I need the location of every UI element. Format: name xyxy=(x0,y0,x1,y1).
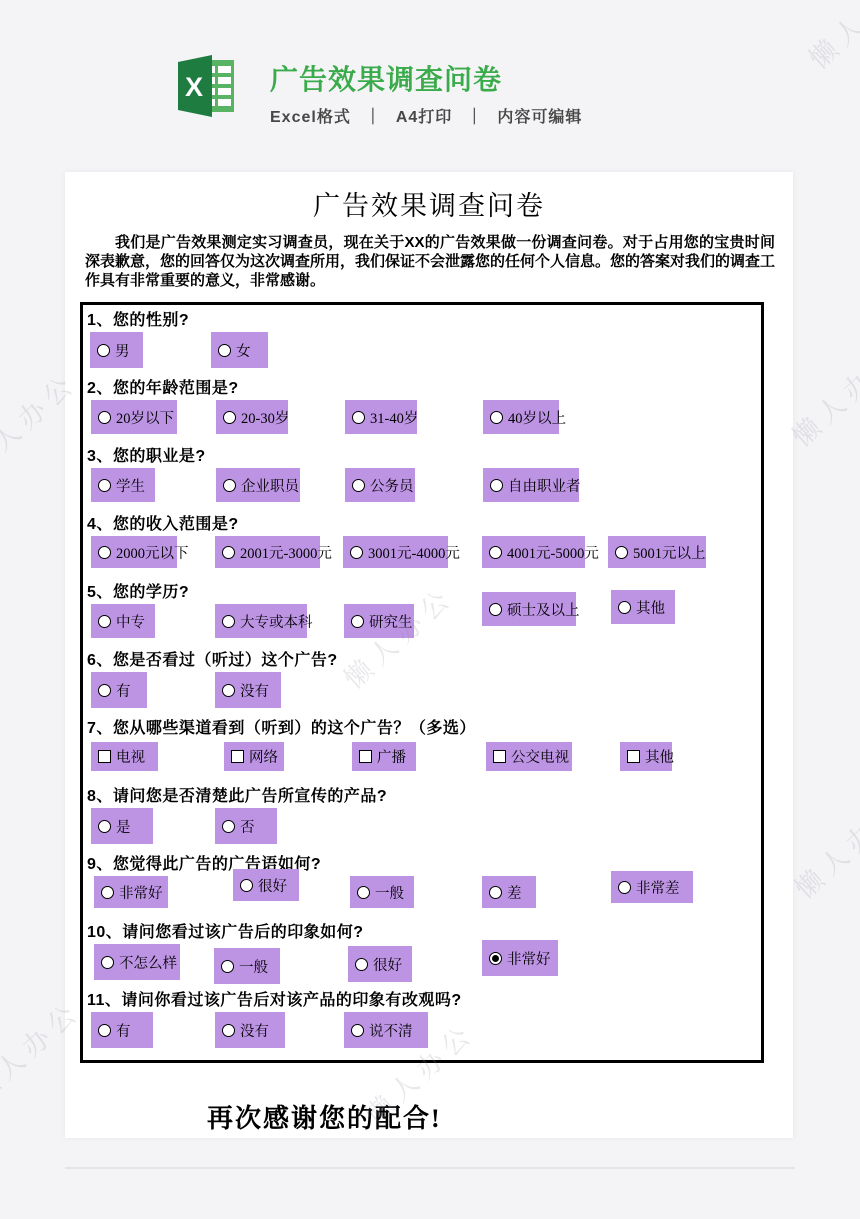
radio-icon xyxy=(357,886,370,899)
question-label: 7、您从哪些渠道看到（听到）的这个广告？（多选） xyxy=(83,714,761,738)
radio-icon xyxy=(223,479,236,492)
option-label: 学生 xyxy=(116,475,145,496)
option-label: 非常好 xyxy=(119,882,163,903)
radio-icon xyxy=(352,479,365,492)
radio-option[interactable]: 5001元以上 xyxy=(608,536,706,568)
radio-icon xyxy=(98,479,111,492)
option-label: 中专 xyxy=(116,611,145,632)
option-label: 其他 xyxy=(645,746,674,767)
question-6: 6、您是否看过（听过）这个广告? 有 没有 xyxy=(83,646,761,714)
watermark: 懒人办公 xyxy=(785,786,860,906)
option-label: 否 xyxy=(240,816,255,837)
question-label: 3、您的职业是? xyxy=(83,442,761,466)
radio-option[interactable]: 自由职业者 xyxy=(483,468,579,502)
radio-option[interactable]: 公务员 xyxy=(345,468,415,502)
question-1: 1、您的性别? 男 女 xyxy=(83,306,761,374)
radio-option[interactable]: 3001元-4000元 xyxy=(343,536,448,568)
site-title: 广告效果调查问卷 xyxy=(270,58,502,98)
checkbox-option[interactable]: 电视 xyxy=(91,742,158,771)
option-label: 公交电视 xyxy=(511,746,569,767)
radio-option[interactable]: 2001元-3000元 xyxy=(215,536,320,568)
radio-option[interactable]: 一般 xyxy=(214,948,280,984)
option-label: 公务员 xyxy=(370,475,414,496)
radio-option[interactable]: 31-40岁 xyxy=(345,400,417,434)
svg-text:X: X xyxy=(185,72,203,102)
option-label: 有 xyxy=(116,1020,131,1041)
question-label: 6、您是否看过（听过）这个广告? xyxy=(83,646,761,670)
radio-option[interactable]: 学生 xyxy=(91,468,155,502)
option-label: 非常好 xyxy=(507,948,551,969)
checkbox-option[interactable]: 广播 xyxy=(352,742,416,771)
option-label: 女 xyxy=(236,340,251,361)
radio-icon xyxy=(98,820,111,833)
question-8: 8、请问您是否清楚此广告所宣传的产品? 是 否 xyxy=(83,782,761,850)
subtitle-editable: 内容可编辑 xyxy=(497,109,582,126)
radio-icon xyxy=(615,546,628,559)
option-label: 其他 xyxy=(636,597,665,618)
radio-option[interactable]: 4001元-5000元 xyxy=(482,536,585,568)
radio-icon xyxy=(618,601,631,614)
checkbox-icon xyxy=(98,750,111,763)
checkbox-icon xyxy=(231,750,244,763)
option-label: 差 xyxy=(507,882,522,903)
option-label: 2000元以下 xyxy=(116,542,189,563)
question-label: 4、您的收入范围是? xyxy=(83,510,761,534)
radio-option[interactable]: 男 xyxy=(90,332,143,368)
radio-icon xyxy=(98,546,111,559)
option-label: 3001元-4000元 xyxy=(368,542,460,563)
option-label: 非常差 xyxy=(636,877,680,898)
radio-icon xyxy=(352,411,365,424)
checkbox-option[interactable]: 公交电视 xyxy=(486,742,572,771)
option-label: 说不清 xyxy=(369,1020,413,1041)
question-label: 10、请问您看过该广告后的印象如何? xyxy=(83,918,761,942)
radio-icon xyxy=(351,615,364,628)
radio-option[interactable]: 企业职员 xyxy=(216,468,300,502)
radio-icon xyxy=(223,411,236,424)
watermark: 懒人办公 xyxy=(782,334,860,454)
question-label: 11、请问你看过该广告后对该产品的印象有改观吗? xyxy=(83,986,761,1010)
option-label: 大专或本科 xyxy=(240,611,313,632)
radio-icon xyxy=(351,1024,364,1037)
radio-option[interactable]: 没有 xyxy=(215,672,281,708)
question-3: 3、您的职业是? 学生 企业职员 公务员 自由职业者 xyxy=(83,442,761,510)
radio-icon xyxy=(618,881,631,894)
option-label: 5001元以上 xyxy=(633,542,706,563)
radio-icon xyxy=(240,879,253,892)
option-label: 是 xyxy=(116,816,131,837)
option-label: 有 xyxy=(116,680,131,701)
option-label: 2001元-3000元 xyxy=(240,542,332,563)
radio-option[interactable]: 说不清 xyxy=(344,1012,428,1048)
radio-option[interactable]: 女 xyxy=(211,332,268,368)
checkbox-option[interactable]: 网络 xyxy=(224,742,284,771)
option-label: 企业职员 xyxy=(241,475,299,496)
option-label: 一般 xyxy=(375,882,404,903)
question-11: 11、请问你看过该广告后对该产品的印象有改观吗? 有 没有 说不清 xyxy=(83,986,761,1054)
radio-icon xyxy=(222,546,235,559)
subtitle-format: Excel格式 xyxy=(270,109,351,126)
page-title: 广告效果调查问卷 xyxy=(65,184,793,223)
radio-option[interactable]: 一般 xyxy=(350,876,414,908)
option-label: 不怎么样 xyxy=(119,952,177,973)
radio-icon xyxy=(98,684,111,697)
question-10: 10、请问您看过该广告后的印象如何? 不怎么样 一般 很好 非常好 xyxy=(83,918,761,986)
radio-option[interactable]: 中专 xyxy=(91,604,155,638)
radio-icon xyxy=(350,546,363,559)
radio-option[interactable]: 不怎么样 xyxy=(94,944,180,980)
option-label: 20-30岁 xyxy=(241,407,289,428)
question-label: 8、请问您是否清楚此广告所宣传的产品? xyxy=(83,782,761,806)
radio-icon xyxy=(101,956,114,969)
radio-icon xyxy=(490,411,503,424)
option-label: 4001元-5000元 xyxy=(507,542,599,563)
excel-icon: X xyxy=(174,52,238,120)
radio-option[interactable]: 没有 xyxy=(215,1012,285,1048)
radio-icon xyxy=(98,615,111,628)
document-page: 广告效果调查问卷 我们是广告效果测定实习调查员，现在关于XX的广告效果做一份调查… xyxy=(65,172,793,1138)
radio-icon xyxy=(490,479,503,492)
radio-icon xyxy=(222,1024,235,1037)
checkbox-option[interactable]: 其他 xyxy=(620,742,672,771)
question-label: 1、您的性别? xyxy=(83,306,761,330)
option-label: 研究生 xyxy=(369,611,413,632)
radio-option[interactable]: 硕士及以上 xyxy=(482,592,576,626)
radio-icon xyxy=(221,960,234,973)
option-label: 很好 xyxy=(373,954,402,975)
option-label: 31-40岁 xyxy=(370,407,418,428)
radio-icon xyxy=(218,344,231,357)
question-label: 2、您的年龄范围是? xyxy=(83,374,761,398)
option-label: 很好 xyxy=(258,875,287,896)
radio-icon xyxy=(98,1024,111,1037)
radio-option[interactable]: 20岁以下 xyxy=(91,400,177,434)
option-label: 广播 xyxy=(377,746,406,767)
radio-icon xyxy=(101,886,114,899)
option-label: 一般 xyxy=(239,956,268,977)
option-label: 男 xyxy=(115,340,130,361)
divider xyxy=(65,1167,795,1169)
radio-option[interactable]: 研究生 xyxy=(344,604,414,638)
radio-icon xyxy=(98,411,111,424)
checkbox-icon xyxy=(493,750,506,763)
site-header: X 广告效果调查问卷 Excel格式｜A4打印｜内容可编辑 xyxy=(0,0,860,150)
radio-icon xyxy=(489,603,502,616)
radio-icon xyxy=(489,546,502,559)
checkbox-icon xyxy=(359,750,372,763)
radio-icon xyxy=(222,684,235,697)
radio-icon xyxy=(97,344,110,357)
site-subtitle: Excel格式｜A4打印｜内容可编辑 xyxy=(270,104,582,127)
radio-icon xyxy=(222,820,235,833)
radio-option[interactable]: 很好 xyxy=(348,946,412,982)
question-9: 9、您觉得此广告的广告语如何? 非常好 很好 一般 差 非常差 xyxy=(83,850,761,918)
question-4: 4、您的收入范围是? 2000元以下 2001元-3000元 3001元-400… xyxy=(83,510,761,578)
radio-option[interactable]: 2000元以下 xyxy=(91,536,177,568)
radio-icon xyxy=(489,952,502,965)
radio-icon xyxy=(355,958,368,971)
radio-option[interactable]: 非常好 xyxy=(482,940,558,976)
radio-icon xyxy=(489,886,502,899)
question-7: 7、您从哪些渠道看到（听到）的这个广告？（多选） 电视 网络 广播 公交电视 其… xyxy=(83,714,761,782)
radio-option[interactable]: 20-30岁 xyxy=(216,400,288,434)
subtitle-print: A4打印 xyxy=(396,109,452,126)
radio-option[interactable]: 非常好 xyxy=(94,876,168,908)
footer-note: 再次感谢您的配合! xyxy=(207,1098,442,1135)
radio-option[interactable]: 有 xyxy=(91,1012,153,1048)
radio-option[interactable]: 有 xyxy=(91,672,147,708)
separator: ｜ xyxy=(466,109,483,126)
radio-option[interactable]: 是 xyxy=(91,808,153,844)
intro-text: 我们是广告效果测定实习调查员，现在关于XX的广告效果做一份调查问卷。对于占用您的… xyxy=(85,233,775,290)
radio-icon xyxy=(222,615,235,628)
separator: ｜ xyxy=(365,109,382,126)
question-2: 2、您的年龄范围是? 20岁以下 20-30岁 31-40岁 40岁以上 xyxy=(83,374,761,442)
option-label: 40岁以上 xyxy=(508,407,566,428)
option-label: 没有 xyxy=(240,1020,269,1041)
question-5: 5、您的学历? 中专 大专或本科 研究生 硕士及以上 其他 xyxy=(83,578,761,646)
option-label: 自由职业者 xyxy=(508,475,581,496)
questionnaire-form: 1、您的性别? 男 女 2、您的年龄范围是? 20岁以下 20-30岁 xyxy=(80,302,764,1063)
radio-option[interactable]: 差 xyxy=(482,876,536,908)
radio-option[interactable]: 非常差 xyxy=(611,871,693,903)
checkbox-icon xyxy=(627,750,640,763)
option-label: 20岁以下 xyxy=(116,407,174,428)
radio-option[interactable]: 否 xyxy=(215,808,277,844)
radio-option[interactable]: 很好 xyxy=(233,869,299,901)
radio-option[interactable]: 40岁以上 xyxy=(483,400,559,434)
option-label: 没有 xyxy=(240,680,269,701)
radio-option[interactable]: 大专或本科 xyxy=(215,604,307,638)
option-label: 网络 xyxy=(249,746,278,767)
option-label: 硕士及以上 xyxy=(507,599,580,620)
option-label: 电视 xyxy=(116,746,145,767)
radio-option[interactable]: 其他 xyxy=(611,590,675,624)
